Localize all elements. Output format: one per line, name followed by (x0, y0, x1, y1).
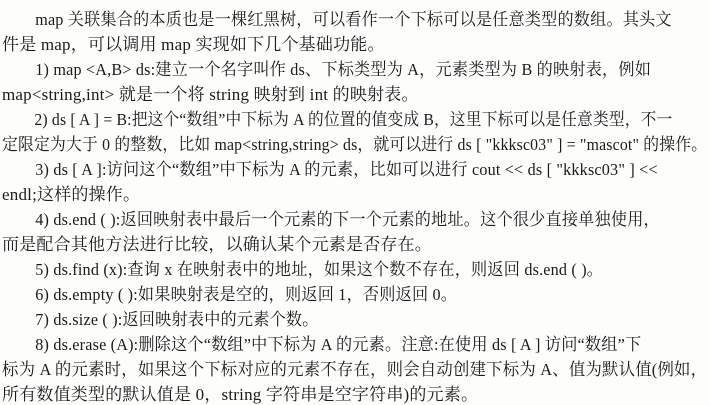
text-column: map 关联集合的本质也是一棵红黑树，可以看作一个下标可以是任意类型的数组。其头… (2, 7, 707, 405)
text-line: 3) ds [ A ]:访问这个“数组”中下标为 A 的元素，比如可以进行 co… (2, 157, 672, 182)
text-line: 所有数值类型的默认值是 0，string 字符串是空字符串)的元素。 (2, 382, 707, 405)
text-line: 1) map <A,B> ds:建立一个名字叫作 ds、下标类型为 A，元素类型… (2, 57, 672, 82)
text-line: 5) ds.find (x):查询 x 在映射表中的地址，如果这个数不存在，则返… (2, 257, 672, 282)
text-line: 2) ds [ A ] = B:把这个“数组”中下标为 A 的位置的值变成 B，… (2, 107, 654, 132)
text-line: map<string,int> 就是一个将 string 映射到 int 的映射… (2, 82, 707, 107)
text-line: 件是 map，可以调用 map 实现如下几个基础功能。 (2, 32, 707, 57)
text-line: 4) ds.end ( ):返回映射表中最后一个元素的下一个元素的地址。这个很少… (2, 207, 672, 232)
text-line: 7) ds.size ( ):返回映射表中的元素个数。 (2, 307, 672, 332)
text-line: endl;这样的操作。 (2, 182, 707, 207)
text-line: 而是配合其他方法进行比较，以确认某个元素是否存在。 (2, 232, 707, 257)
text-line: 定限定为大于 0 的整数，比如 map<string,string> ds，就可… (2, 132, 658, 157)
text-line: 标为 A 的元素时，如果这个下标对应的元素不存在，则会自动创建下标为 A、值为默… (2, 357, 682, 382)
document-page: map 关联集合的本质也是一棵红黑树，可以看作一个下标可以是任意类型的数组。其头… (0, 0, 709, 405)
text-line: 6) ds.empty ( ):如果映射表是空的，则返回 1，否则返回 0。 (2, 282, 672, 307)
text-line: map 关联集合的本质也是一棵红黑树，可以看作一个下标可以是任意类型的数组。其头… (2, 7, 671, 32)
text-line: 8) ds.erase (A):删除这个“数组”中下标为 A 的元素。注意:在使… (2, 332, 672, 357)
